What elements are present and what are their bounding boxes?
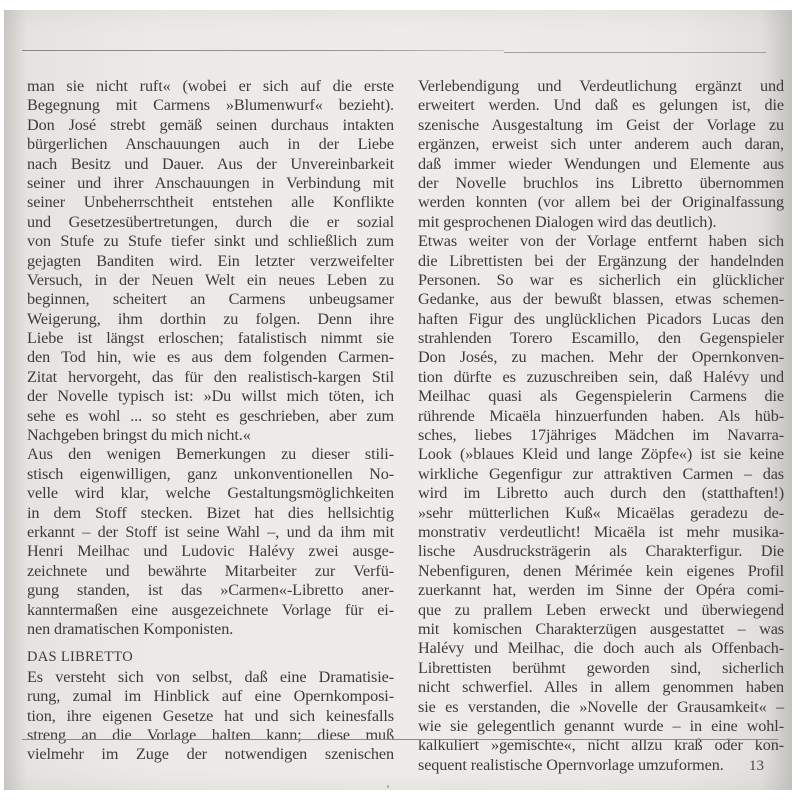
- text-line: sches, liebes 17jähriges Mädchen im Nava…: [418, 426, 784, 445]
- text-line: que zu prallem Leben erweckt und überwie…: [418, 601, 784, 620]
- text-line: Gedanke, aus der bewußt blassen, etwas s…: [418, 290, 784, 309]
- text-line: Henri Meilhac und Ludovic Halévy zwei au…: [27, 542, 394, 561]
- page-number: 13: [749, 758, 764, 775]
- text-line: wirkliche Gegenfigur zur attraktiven Car…: [418, 465, 784, 484]
- text-line: mit gesprochenen Dialogen wird das deutl…: [418, 213, 784, 232]
- text-line: Meilhac quasi als Gegenspielerin Carmens…: [418, 387, 784, 406]
- bottom-rule: [22, 739, 778, 740]
- text-line: monstrativ verdeutlicht! Micaëla ist meh…: [418, 523, 784, 542]
- text-line: erkannt – der Stoff ist seine Wahl –, un…: [27, 523, 394, 542]
- text-line: ergänzen, erweist sich unter anderem auc…: [418, 135, 784, 154]
- text-line: mit komischen Charakterzügen ausgestatte…: [418, 620, 784, 639]
- left-column-paragraphs: man sie nicht ruft« (wobei er sich auf d…: [27, 77, 394, 639]
- text-line: den Tod hin, wie es aus dem folgenden Ca…: [27, 348, 394, 367]
- text-line: Etwas weiter von der Vorlage entfernt ha…: [418, 232, 784, 251]
- text-line: zeichnete und bewährte Mitarbeiter zur V…: [27, 562, 394, 581]
- text-line: daß immer wieder Wendungen und Elemente …: [418, 155, 784, 174]
- text-line: von Stufe zu Stufe tiefer sinkt und schl…: [27, 232, 394, 251]
- text-line: Don José strebt gemäß seinen durchaus in…: [27, 116, 394, 135]
- text-line: erweitert werden. Und daß es gelungen is…: [418, 96, 784, 115]
- text-line: vielmehr im Zuge der notwendigen szenisc…: [27, 745, 394, 764]
- text-line: »sehr mütterlichen Kuß« Micaëlas geradez…: [418, 504, 784, 523]
- text-line: die Librettisten bei der Ergänzung der h…: [418, 252, 784, 271]
- text-line: gung standen, ist das »Carmen«-Libretto …: [27, 581, 394, 600]
- text-line: velle wird klar, welche Gestaltungsmögli…: [27, 484, 394, 503]
- text-line: man sie nicht ruft« (wobei er sich auf d…: [27, 77, 394, 96]
- text-line: nicht schwerfiel. Alles in allem genomme…: [418, 678, 784, 697]
- paper-speck: [387, 785, 389, 788]
- text-line: kanntermaßen eine ausgezeichnete Vorlage…: [27, 601, 394, 620]
- text-line: Liebe ist längst erloschen; fatalistisch…: [27, 329, 394, 348]
- book-page: man sie nicht ruft« (wobei er sich auf d…: [4, 10, 792, 790]
- text-line: rung, zumal im Hinblick auf eine Opernko…: [27, 687, 394, 706]
- text-line: lische Ausdrucksträgerin als Charakterfi…: [418, 542, 784, 561]
- text-line: haften Figur des unglücklichen Picadors …: [418, 310, 784, 329]
- text-line: tion dürfte es zuzuschreiben sein, daß H…: [418, 368, 784, 387]
- text-line: nen dramatischen Komponisten.: [27, 620, 394, 639]
- text-line: wie sie gelegentlich genannt wurde – in …: [418, 717, 784, 736]
- text-line: Versuch, in der Neuen Welt ein neues Leb…: [27, 271, 394, 290]
- right-column: Verlebendigung und Verdeutlichung ergänz…: [418, 77, 784, 775]
- text-line: Zitat hervorgeht, das für den realistisc…: [27, 368, 394, 387]
- text-line: wird im Libretto auch durch den (stattha…: [418, 484, 784, 503]
- text-line: seiner und ihrer Anschauungen in Verbind…: [27, 174, 394, 193]
- text-line: beginnen, scheitert an Carmens unbeugsam…: [27, 290, 394, 309]
- text-line: szenische Ausgestaltung im Geist der Vor…: [418, 116, 784, 135]
- top-rule-right: [504, 52, 766, 53]
- text-line: gejagten Banditen wird. Ein letzter verz…: [27, 252, 394, 271]
- text-line: Don Josés, zu machen. Mehr der Opernkonv…: [418, 348, 784, 367]
- text-line: tion, ihre eigenen Gesetze hat und sich …: [27, 707, 394, 726]
- text-line: und Gesetzesübertretungen, durch die er …: [27, 213, 394, 232]
- text-line: sehe es wohl ... so steht es geschrieben…: [27, 407, 394, 426]
- text-line: Look (»blaues Kleid und lange Zöpfe«) is…: [418, 445, 784, 464]
- left-column: man sie nicht ruft« (wobei er sich auf d…: [27, 77, 394, 765]
- text-line: sequent realistische Opernvorlage umzufo…: [418, 756, 784, 775]
- text-line: streng an die Vorlage halten kann; diese…: [27, 726, 394, 745]
- right-column-paragraphs: Verlebendigung und Verdeutlichung ergänz…: [418, 77, 784, 775]
- text-line: Nebenfiguren, denen Mérimée kein eigenes…: [418, 562, 784, 581]
- text-line: Aus den wenigen Bemerkungen zu dieser st…: [27, 445, 394, 464]
- text-line: Begegnung mit Carmens »Blumenwurf« bezie…: [27, 96, 394, 115]
- text-line: sie es verstanden, die »Novelle der Grau…: [418, 698, 784, 717]
- text-line: Halévy und Meilhac, die doch auch als Of…: [418, 639, 784, 658]
- text-line: Verlebendigung und Verdeutlichung ergänz…: [418, 77, 784, 96]
- text-line: rührende Micaëla hinzuerfunden haben. Al…: [418, 407, 784, 426]
- text-line: Weigerung, ihm dorthin zu folgen. Denn i…: [27, 310, 394, 329]
- text-line: Nachgeben bringst du mich nicht.«: [27, 426, 394, 445]
- text-line: nach Besitz und Dauer. Aus der Unvereinb…: [27, 155, 394, 174]
- section-heading: DAS LIBRETTO: [27, 648, 394, 667]
- text-line: der Novelle bruchlos ins Libretto überno…: [418, 174, 784, 193]
- text-line: werden konnten (vor allem bei der Origin…: [418, 193, 784, 212]
- text-line: strahlenden Torero Escamillo, den Gegens…: [418, 329, 784, 348]
- text-line: Librettisten berühmt geworden sind, sich…: [418, 659, 784, 678]
- text-line: Personen. So war es sicherlich ein glück…: [418, 271, 784, 290]
- text-line: der Novelle typisch ist: »Du willst mich…: [27, 387, 394, 406]
- text-line: Es versteht sich von selbst, daß eine Dr…: [27, 668, 394, 687]
- text-line: bürgerlichen Anschauungen auch in der Li…: [27, 135, 394, 154]
- left-column-libretto-paragraph: Es versteht sich von selbst, daß eine Dr…: [27, 668, 394, 765]
- text-line: seiner Unbeherrschtheit entstehen alle K…: [27, 193, 394, 212]
- text-line: zuerkannt hat, werden im Sinne der Opéra…: [418, 581, 784, 600]
- text-line: in dem Stoff stecken. Bizet hat dies hel…: [27, 504, 394, 523]
- top-rule: [22, 50, 504, 51]
- text-line: stisch eigenwilligen, ganz unkonventione…: [27, 465, 394, 484]
